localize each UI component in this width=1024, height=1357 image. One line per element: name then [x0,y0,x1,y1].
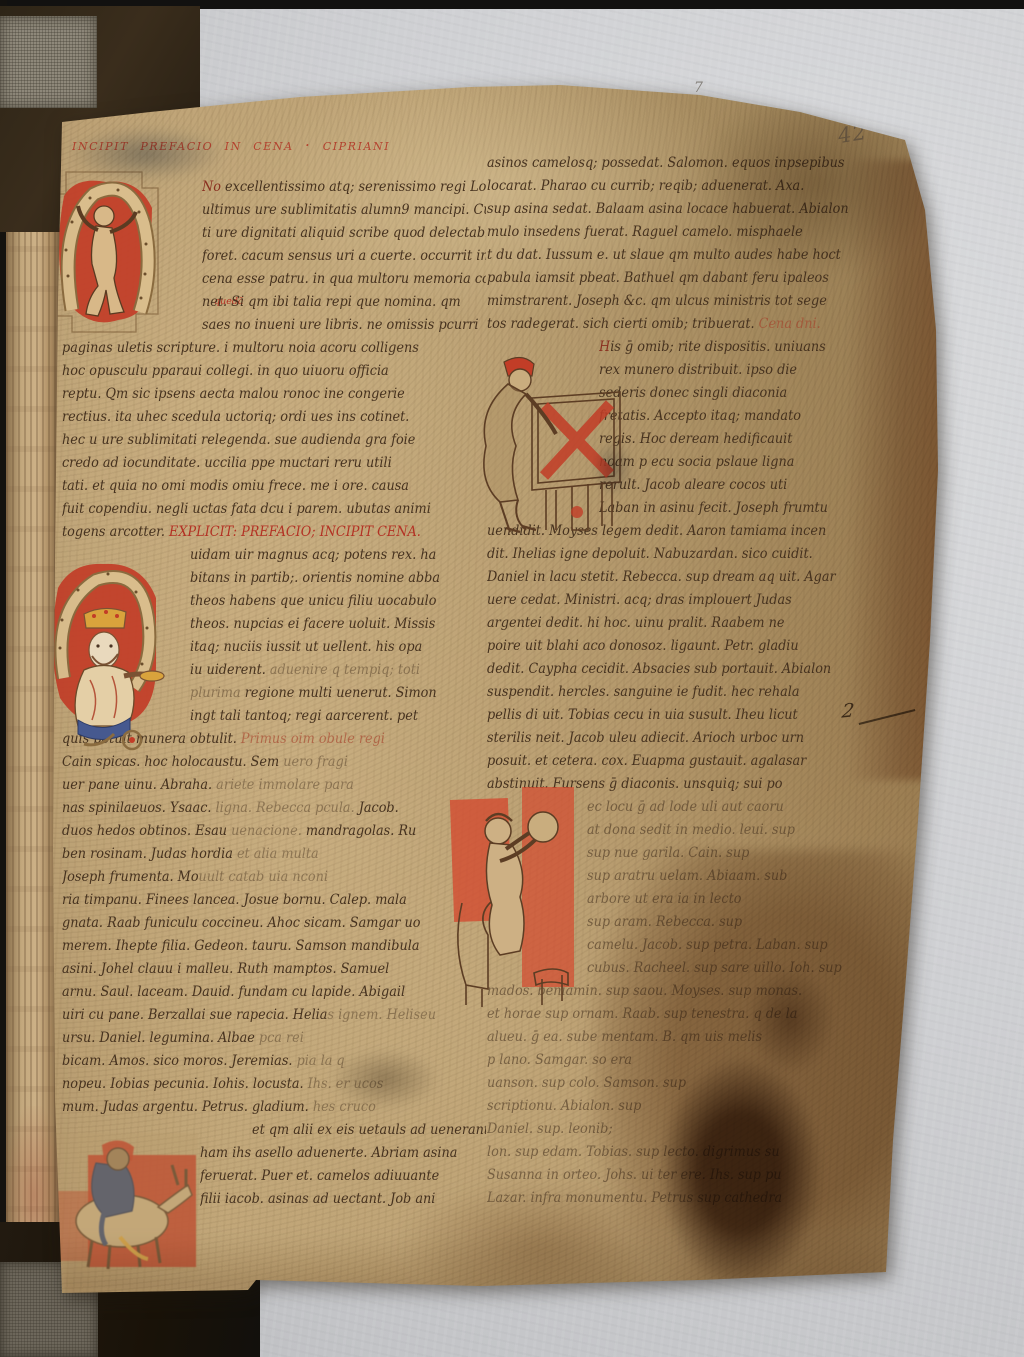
manuscript-photo: incipit prefacio in cena · cipriani qued… [0,0,1024,1357]
page-vignette [0,0,1024,1357]
parchment-folio: incipit prefacio in cena · cipriani qued… [0,0,1024,1357]
pencil-numeral: 7 [694,80,703,96]
margin-checkmark: ✓ [39,381,53,398]
parchment-page: incipit prefacio in cena · cipriani qued… [0,0,1024,1357]
